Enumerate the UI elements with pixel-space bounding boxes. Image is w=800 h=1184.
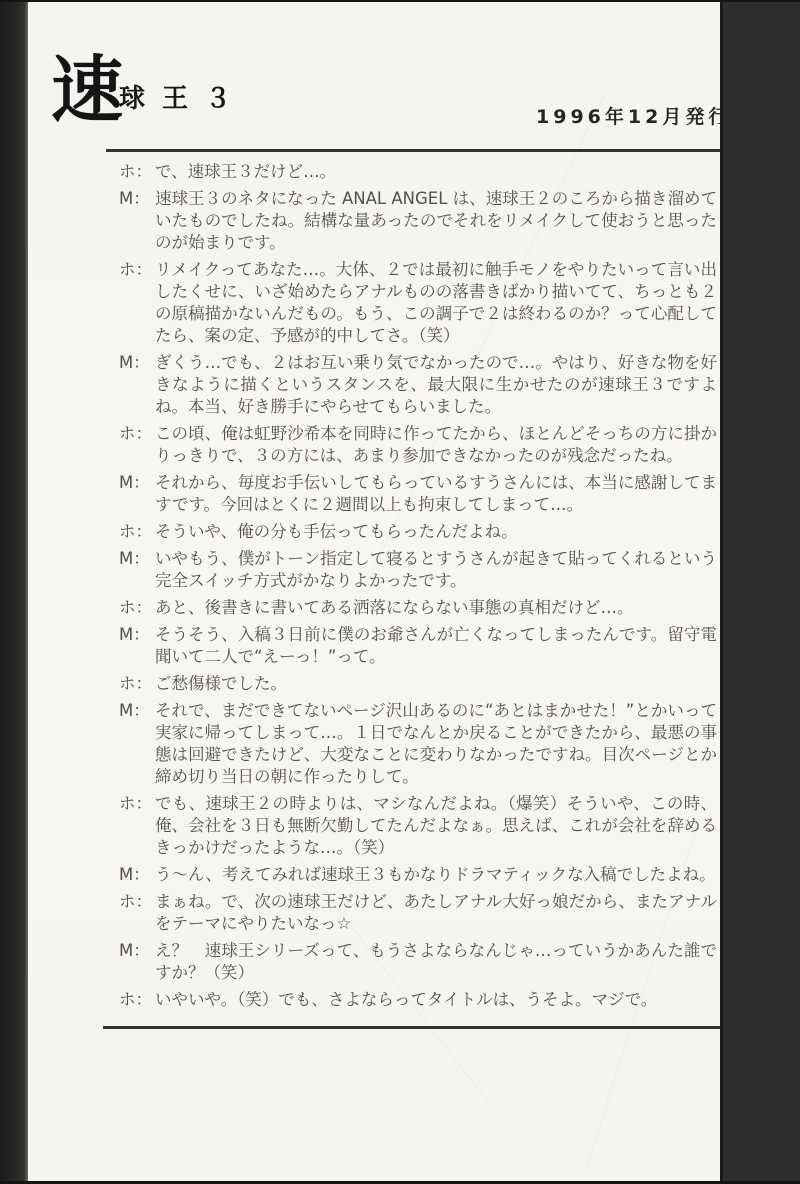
dialogue-text: え？ 速球王シリーズって、もうさよならなんじゃ…っていうかあんた誰ですか？（笑） — [155, 940, 717, 984]
dialogue-text: それで、まだできてないページ沢山あるのに“あとはまかせた！”とかいって実家に帰っ… — [155, 700, 717, 788]
speaker-label: ホ： — [119, 259, 155, 347]
speaker-label: ホ： — [119, 891, 155, 935]
dialogue-text: まぁね。で、次の速球王だけど、あたしアナル大好っ娘だから、またアナルをテーマにや… — [155, 891, 717, 935]
dialogue-text: それから、毎度お手伝いしてもらっているすうさんには、本当に感謝してますです。今回… — [155, 472, 717, 516]
dialogue-turn: ホ： リメイクってあなた…。大体、２では最初に触手モノをやりたいって言い出したく… — [119, 259, 717, 347]
speaker-label: ホ： — [119, 423, 155, 467]
page-title-sub-chars: 球王３ — [119, 86, 248, 112]
dialogue-text: そうそう、入稿３日前に僕のお爺さんが亡くなってしまったんです。留守電聞いて二人で… — [155, 624, 717, 668]
dialogue-text: リメイクってあなた…。大体、２では最初に触手モノをやりたいって言い出したくせに、… — [155, 259, 717, 347]
speaker-label: ホ： — [119, 597, 155, 619]
dialogue-text: いやいや。（笑）でも、さよならってタイトルは、うそよ。マジで。 — [155, 989, 717, 1011]
dialogue-list: ホ： で、速球王３だけど…。 M： 速球王３のネタになった ANAL ANGEL… — [119, 161, 717, 1016]
dialogue-turn: ホ： いやいや。（笑）でも、さよならってタイトルは、うそよ。マジで。 — [119, 989, 717, 1011]
dialogue-text: でも、速球王２の時よりは、マシなんだよね。（爆笑）そういや、この時、俺、会社を３… — [155, 793, 717, 859]
dialogue-turn: ホ： ご愁傷様でした。 — [119, 673, 717, 695]
speaker-label: M： — [119, 940, 155, 984]
dialogue-turn: M： う～ん、考えてみれば速球王３もかなりドラマティックな入稿でしたよね。 — [119, 864, 717, 886]
speaker-label: M： — [119, 864, 155, 886]
dialogue-turn: ホ： そういや、俺の分も手伝ってもらったんだよね。 — [119, 521, 717, 543]
speaker-label: ホ： — [119, 989, 155, 1011]
dialogue-text: 速球王３のネタになった ANAL ANGEL は、速球王２のころから描き溜めてい… — [155, 188, 717, 254]
speaker-label: M： — [119, 548, 155, 592]
dialogue-turn: ホ： この頃、俺は虹野沙希本を同時に作ってたから、ほとんどそっちの方に掛かりっき… — [119, 423, 717, 467]
footer-rule — [103, 1026, 722, 1029]
dialogue-text: う～ん、考えてみれば速球王３もかなりドラマティックな入稿でしたよね。 — [155, 864, 717, 886]
dialogue-turn: M： いやもう、僕がトーン指定して寝るとすうさんが起きて貼ってくれるという完全ス… — [119, 548, 717, 592]
dialogue-text: いやもう、僕がトーン指定して寝るとすうさんが起きて貼ってくれるという完全スイッチ… — [155, 548, 717, 592]
dialogue-text: この頃、俺は虹野沙希本を同時に作ってたから、ほとんどそっちの方に掛かりっきりで、… — [155, 423, 717, 467]
speaker-label: ホ： — [119, 521, 155, 543]
dialogue-turn: M： え？ 速球王シリーズって、もうさよならなんじゃ…っていうかあんた誰ですか？… — [119, 940, 717, 984]
dialogue-turn: ホ： でも、速球王２の時よりは、マシなんだよね。（爆笑）そういや、この時、俺、会… — [119, 793, 717, 859]
dialogue-text: で、速球王３だけど…。 — [155, 161, 717, 183]
speaker-label: ホ： — [119, 673, 155, 695]
dialogue-turn: ホ： あと、後書きに書いてある洒落にならない事態の真相だけど…。 — [119, 597, 717, 619]
header-rule — [106, 149, 722, 152]
dialogue-turn: M： それから、毎度お手伝いしてもらっているすうさんには、本当に感謝してますです… — [119, 472, 717, 516]
dialogue-turn: M： そうそう、入稿３日前に僕のお爺さんが亡くなってしまったんです。留守電聞いて… — [119, 624, 717, 668]
scan-edge-left — [0, 0, 28, 1184]
dialogue-turn: M： ぎくう…でも、２はお互い乗り気でなかったので…。やはり、好きな物を好きなよ… — [119, 352, 717, 418]
scan-edge-top — [0, 0, 800, 2]
dialogue-text: そういや、俺の分も手伝ってもらったんだよね。 — [155, 521, 717, 543]
speaker-label: ホ： — [119, 161, 155, 183]
dialogue-turn: ホ： まぁね。で、次の速球王だけど、あたしアナル大好っ娘だから、またアナルをテー… — [119, 891, 717, 935]
scan-edge-right — [720, 0, 800, 1184]
dialogue-text: ぎくう…でも、２はお互い乗り気でなかったので…。やはり、好きな物を好きなように描… — [155, 352, 717, 418]
publication-date: 1996年12月発行 — [536, 106, 731, 129]
speaker-label: M： — [119, 700, 155, 788]
speaker-label: M： — [119, 624, 155, 668]
dialogue-text: ご愁傷様でした。 — [155, 673, 717, 695]
speaker-label: M： — [119, 352, 155, 418]
dialogue-turn: M： 速球王３のネタになった ANAL ANGEL は、速球王２のころから描き溜… — [119, 188, 717, 254]
dialogue-turn: M： それで、まだできてないページ沢山あるのに“あとはまかせた！”とかいって実家… — [119, 700, 717, 788]
speaker-label: ホ： — [119, 793, 155, 859]
page-title-main-char: 速 — [51, 54, 123, 126]
speaker-label: M： — [119, 188, 155, 254]
dialogue-text: あと、後書きに書いてある洒落にならない事態の真相だけど…。 — [155, 597, 717, 619]
scanned-page: 速 球王３ 1996年12月発行 ホ： で、速球王３だけど…。 M： 速球王３の… — [0, 0, 800, 1184]
speaker-label: M： — [119, 472, 155, 516]
dialogue-turn: ホ： で、速球王３だけど…。 — [119, 161, 717, 183]
